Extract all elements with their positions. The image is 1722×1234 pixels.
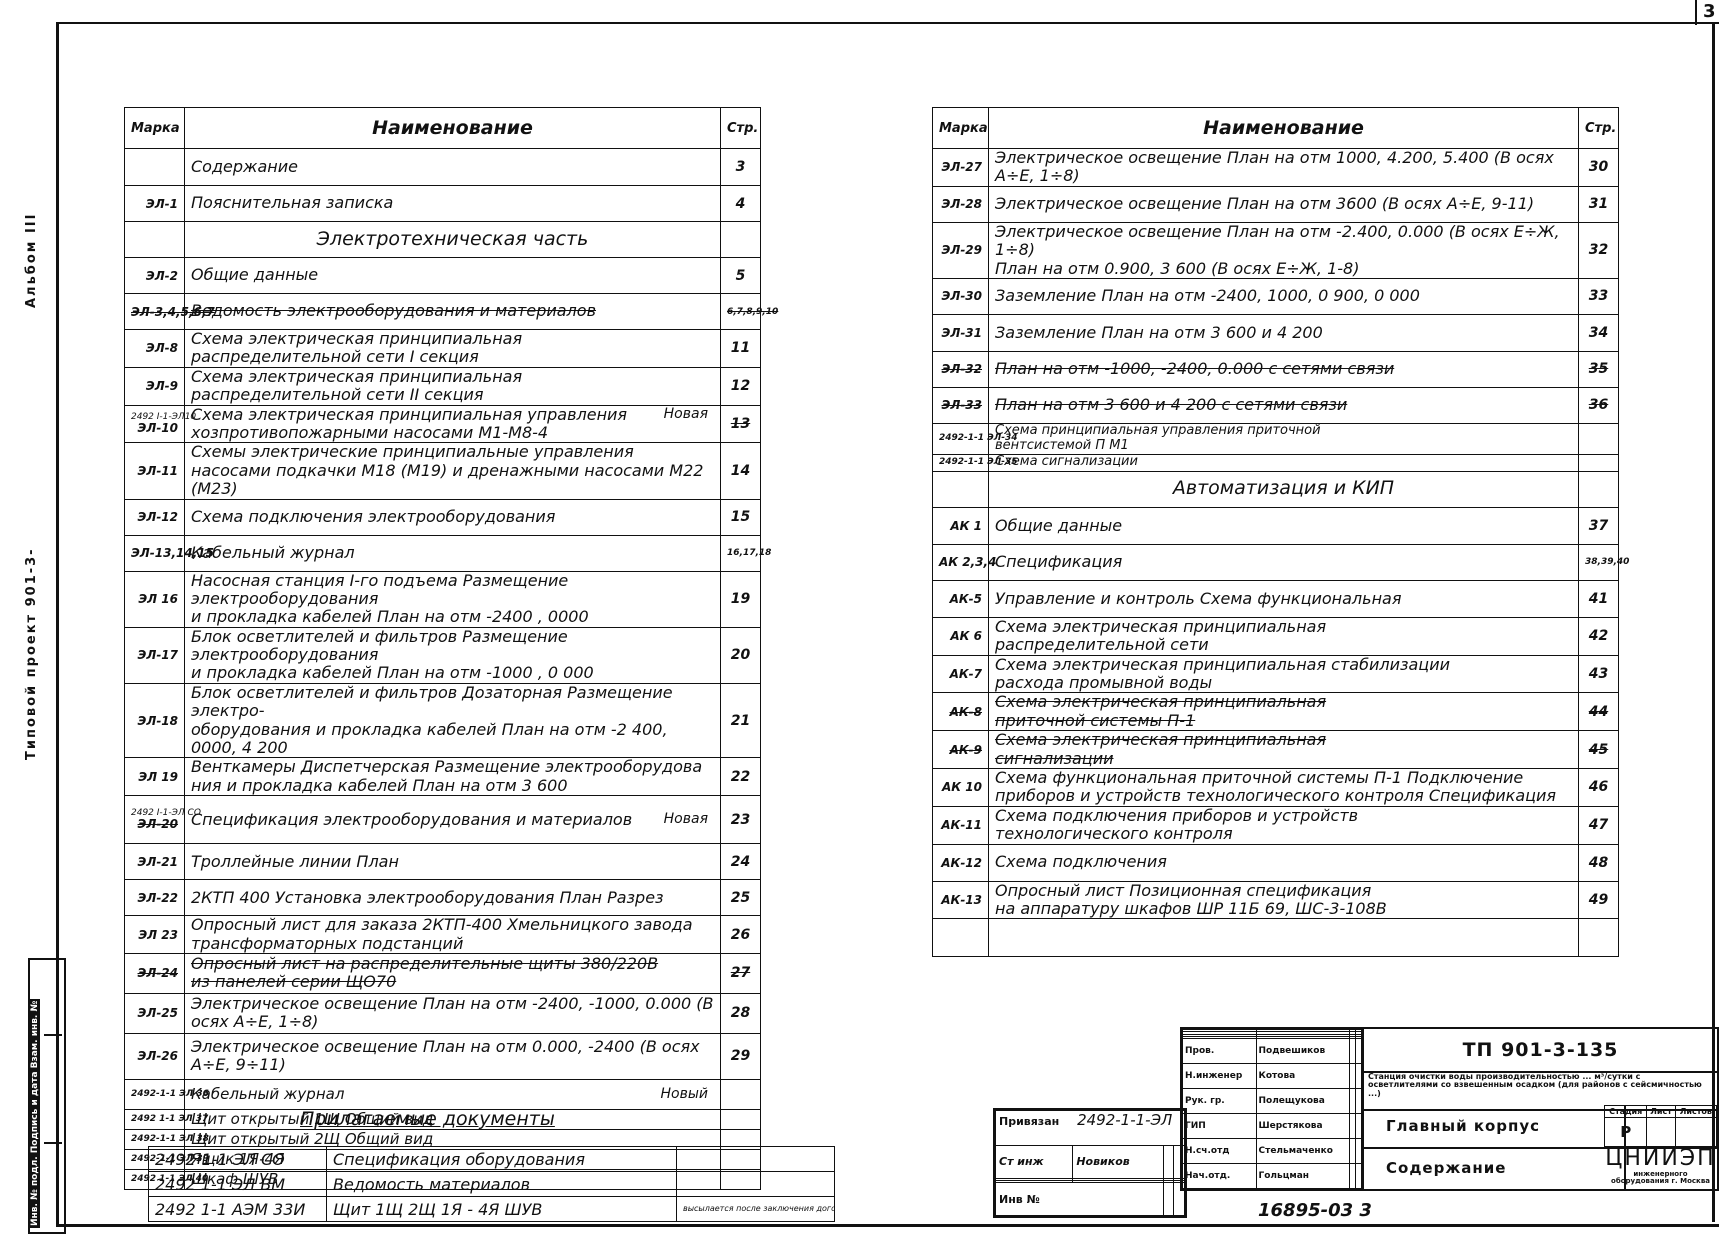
- staff-date: [1356, 1163, 1362, 1188]
- row-page: 14: [721, 443, 761, 499]
- row-name-text: План на отм 3 600 и 4 200 с сетями связи: [995, 395, 1347, 414]
- title-block-main: ТП 901-3-135 Станция очистки воды произв…: [1362, 1029, 1717, 1189]
- row-name: Троллейные линии План: [185, 844, 721, 880]
- binding-label: Привязан: [999, 1115, 1059, 1128]
- table-row: ЭЛ-33План на отм 3 600 и 4 200 с сетями …: [933, 387, 1619, 423]
- row-page-text: 43: [1589, 666, 1608, 682]
- row-mark: АК 6: [933, 617, 989, 655]
- row-name: Схемы электрические принципиальные управ…: [185, 443, 721, 499]
- row-name-text: Автоматизация и КИП: [1173, 477, 1394, 499]
- row-mark: ЭЛ-22: [125, 880, 185, 916]
- row-mark: ЭЛ 16: [125, 571, 185, 627]
- spine-divider: [44, 1034, 62, 1036]
- row-name: Схема электрическая принципиальная распр…: [185, 367, 721, 405]
- row-name: Схема электрическая принципиальная стаби…: [989, 655, 1579, 693]
- row-mark: [933, 471, 989, 507]
- table-header-row: Марка Наименование Стр.: [125, 108, 761, 149]
- table-row: АК-8Схема электрическая принципиальная п…: [933, 693, 1619, 731]
- row-mark: 2492-1-1 ЭЛ 36: [125, 1079, 185, 1109]
- row-mark-text: ЭЛ-27: [942, 160, 982, 174]
- staff-row: Нач.отд.Гольцман: [1183, 1163, 1362, 1188]
- row-name: Блок осветлителей и фильтров Дозаторная …: [185, 683, 721, 758]
- row-mark-text: ЭЛ-8: [146, 341, 178, 355]
- table-row: АК-11Схема подключения приборов и устрой…: [933, 806, 1619, 844]
- row-name-text: Схемы электрические принципиальные управ…: [191, 443, 703, 498]
- row-mark: АК-11: [933, 806, 989, 844]
- row-mark: ЭЛ-29: [933, 222, 989, 278]
- row-mark-text: ЭЛ-24: [138, 966, 178, 980]
- row-mark-text: ЭЛ-9: [146, 379, 178, 393]
- row-page: 31: [1579, 186, 1619, 222]
- table-row: ЭЛ 23Опросный лист для заказа 2КТП-400 Х…: [125, 916, 761, 954]
- staff-role: ГИП: [1183, 1114, 1257, 1139]
- staff-date: [1356, 1114, 1362, 1139]
- row-mark-text: ЭЛ-1: [146, 197, 178, 211]
- row-name: Схема подключения: [989, 844, 1579, 881]
- row-mark: АК 10: [933, 768, 989, 806]
- spine-stamp-label: Инв. № подл. Подпись и дата Взам. инв. №: [30, 999, 40, 1228]
- row-page: [721, 1079, 761, 1109]
- row-page: 5: [721, 258, 761, 294]
- staff-name: Подвешиков: [1256, 1039, 1350, 1064]
- copy-number: 16895-03 3: [1258, 1200, 1372, 1221]
- row-page: 6,7,8,9,10: [721, 294, 761, 330]
- row-mark: ЭЛ-8: [125, 330, 185, 368]
- row-name: Заземление План на отм -2400, 1000, 0 90…: [989, 278, 1579, 314]
- row-name: Электрическое освещение План на отм -240…: [185, 993, 721, 1033]
- staff-columns: Пров.ПодвешиковН.инженерКотоваРук. гр.По…: [1182, 1029, 1362, 1189]
- staff-role: Рук. гр.: [1183, 1089, 1257, 1114]
- row-page-text: 23: [731, 812, 750, 828]
- staff-row: ГИПШерстякова: [1183, 1114, 1362, 1139]
- row-name-text: 2КТП 400 Установка электрооборудования П…: [191, 888, 664, 907]
- row-mark: ЭЛ-11: [125, 443, 185, 499]
- row-page-text: 46: [1589, 779, 1608, 795]
- row-name: Схема подключения приборов и устройств т…: [989, 806, 1579, 844]
- row-page: 24: [721, 844, 761, 880]
- row-mark: ЭЛ-31: [933, 314, 989, 351]
- row-mark: АК-9: [933, 731, 989, 769]
- row-mark-text: ЭЛ-29: [942, 243, 982, 257]
- row-mark: [125, 222, 185, 258]
- staff-date: [1356, 1089, 1362, 1114]
- attached-doc-row: 2492 1-1 ЭЛ ВМВедомость материалов: [149, 1172, 835, 1197]
- row-mark-text: АК 10: [942, 780, 982, 794]
- row-page-text: 3: [736, 159, 746, 175]
- row-page-text: 34: [1589, 325, 1608, 341]
- attached-doc-note: [677, 1147, 835, 1172]
- row-mark-text: АК-11: [941, 818, 982, 832]
- row-name-text: Схема принципиальная управления приточно…: [995, 423, 1321, 452]
- row-name-text: Спецификация электрооборудования и матер…: [191, 810, 632, 829]
- row-mark: АК-7: [933, 655, 989, 693]
- row-page-text: 29: [731, 1048, 750, 1064]
- row-name-text: Схема подключения приборов и устройств т…: [995, 806, 1358, 843]
- row-mark-text: ЭЛ-12: [138, 510, 178, 524]
- table-row: ЭЛ-26Электрическое освещение План на отм…: [125, 1033, 761, 1079]
- row-name: НовыйКабельный журнал: [185, 1079, 721, 1109]
- row-name-text: Кабельный журнал: [191, 543, 355, 562]
- row-name-text: Схема электрическая принципиальная сигна…: [995, 731, 1326, 768]
- row-name: Схема электрическая принципиальная сигна…: [989, 731, 1579, 769]
- row-page-text: 5: [736, 268, 746, 284]
- new-note: Новая: [664, 406, 708, 422]
- row-page-text: 20: [731, 647, 750, 663]
- row-mark: ЭЛ-33: [933, 387, 989, 423]
- row-name: НоваяСхема электрическая принципиальная …: [185, 405, 721, 443]
- binding-code: 2492-1-1-ЭЛ: [1077, 1111, 1172, 1129]
- row-page: 13: [721, 405, 761, 443]
- org-name: ЦНИИЭП: [1604, 1147, 1717, 1171]
- row-mark-text: АК-13: [941, 893, 982, 907]
- row-name-text: Опросный лист Позиционная спецификация н…: [995, 881, 1387, 918]
- row-mark: АК-5: [933, 580, 989, 617]
- header-name: Наименование: [185, 108, 721, 149]
- row-name: Блок осветлителей и фильтров Размещение …: [185, 627, 721, 683]
- row-name-text: Управление и контроль Схема функциональн…: [995, 589, 1401, 608]
- table-row: ЭЛ-222КТП 400 Установка электрооборудова…: [125, 880, 761, 916]
- attached-doc-row: 2492 1-1 АЭМ 33ИЩит 1Щ 2Щ 1Я - 4Я ШУВвыс…: [149, 1197, 835, 1222]
- row-page: 11: [721, 330, 761, 368]
- table-row: ЭЛ-17Блок осветлителей и фильтров Размещ…: [125, 627, 761, 683]
- row-mark-text: АК 2,3,4: [939, 555, 996, 569]
- row-name: [989, 919, 1579, 957]
- row-mark-text: АК 6: [950, 629, 982, 643]
- row-page: 25: [721, 880, 761, 916]
- row-name: Схема электрическая принципиальная распр…: [185, 330, 721, 368]
- row-mark-text: ЭЛ 16: [138, 592, 178, 606]
- header-page: Стр.: [721, 108, 761, 149]
- attached-doc-name: Спецификация оборудования: [327, 1147, 677, 1172]
- row-page-text: 22: [731, 769, 750, 785]
- row-page: 47: [1579, 806, 1619, 844]
- table-row: ЭЛ-3,4,5,6,7Ведомость электрооборудовани…: [125, 294, 761, 330]
- row-name-text: Схема подключения: [995, 852, 1167, 871]
- row-name-text: Схема сигнализации: [995, 454, 1138, 469]
- row-name: Схема электрическая принципиальная распр…: [989, 617, 1579, 655]
- row-mark-text: ЭЛ-28: [942, 197, 982, 211]
- spine-album-label: Альбом III: [24, 213, 39, 308]
- row-name: Электрическое освещение План на отм 1000…: [989, 149, 1579, 187]
- stage-header: Стадия: [1605, 1106, 1647, 1118]
- attached-doc-code: 2492 1-1 АЭМ 33И: [149, 1197, 327, 1222]
- header-mark: Марка: [933, 108, 989, 149]
- table-row: ЭЛ-8Схема электрическая принципиальная р…: [125, 330, 761, 368]
- row-name-text: Ведомость электрооборудования и материал…: [191, 301, 596, 320]
- row-name-text: Общие данные: [995, 516, 1122, 535]
- row-mark: ЭЛ-25: [125, 993, 185, 1033]
- row-name-text: Электрическое освещение План на отм 1000…: [995, 149, 1554, 186]
- attached-doc-note: высылается после заключения договора: [677, 1197, 835, 1222]
- row-page-text: 32: [1589, 242, 1608, 258]
- row-page: 21: [721, 683, 761, 758]
- project-code: ТП 901-3-135: [1364, 1029, 1717, 1073]
- staff-name: Котова: [1256, 1064, 1350, 1089]
- row-page-text: 16,17,18: [727, 548, 771, 558]
- row-page: 28: [721, 993, 761, 1033]
- row-page-text: 49: [1589, 892, 1608, 908]
- row-name-text: Схема подключения электрооборудования: [191, 507, 555, 526]
- row-mark-text: АК-7: [950, 667, 982, 681]
- row-name: Насосная станция I-го подъема Размещение…: [185, 571, 721, 627]
- attached-doc-name: Ведомость материалов: [327, 1172, 677, 1197]
- row-page: [1579, 423, 1619, 454]
- row-name: План на отм -1000, -2400, 0.000 с сетями…: [989, 351, 1579, 387]
- header-name: Наименование: [989, 108, 1579, 149]
- staff-name: Шерстякова: [1256, 1114, 1350, 1139]
- row-page: 30: [1579, 149, 1619, 187]
- staff-role: Пров.: [1183, 1039, 1257, 1064]
- row-mark-text: ЭЛ-17: [138, 648, 178, 662]
- row-name: Управление и контроль Схема функциональн…: [989, 580, 1579, 617]
- row-page: 26: [721, 916, 761, 954]
- row-page: 36: [1579, 387, 1619, 423]
- row-page-text: 33: [1589, 288, 1608, 304]
- row-page: [721, 1109, 761, 1129]
- row-mark-text: ЭЛ-32: [942, 362, 982, 376]
- row-mark: ЭЛ-18: [125, 683, 185, 758]
- row-mark-text: АК-5: [950, 592, 982, 606]
- binding-signature: [1163, 1146, 1173, 1179]
- row-page: [721, 222, 761, 258]
- row-mark-text: АК 1: [950, 519, 982, 533]
- row-mark: АК 2,3,4: [933, 544, 989, 580]
- row-mark: ЭЛ-21: [125, 844, 185, 880]
- row-page: 29: [721, 1033, 761, 1079]
- binding-stamp: Привязан 2492-1-1-ЭЛ Ст инж Новиков Инв …: [993, 1108, 1187, 1218]
- staff-name: Гольцман: [1256, 1163, 1350, 1188]
- row-page: 4: [721, 186, 761, 222]
- row-name: Содержание: [185, 149, 721, 186]
- row-page-text: 27: [731, 965, 750, 981]
- row-mark: АК-13: [933, 881, 989, 919]
- table-row: ЭЛ-21Троллейные линии План24: [125, 844, 761, 880]
- title-block: Пров.ПодвешиковН.инженерКотоваРук. гр.По…: [1180, 1027, 1719, 1191]
- row-page: 43: [1579, 655, 1619, 693]
- row-name: Электрическое освещение План на отм -2.4…: [989, 222, 1579, 278]
- row-name: Общие данные: [185, 258, 721, 294]
- header-mark: Марка: [125, 108, 185, 149]
- staff-role: Н.инженер: [1183, 1064, 1257, 1089]
- row-name: Электрическое освещение План на отм 0.00…: [185, 1033, 721, 1079]
- table-row: 2492-1-1 ЭЛ-35Схема сигнализации: [933, 454, 1619, 471]
- row-mark-text: ЭЛ-18: [138, 714, 178, 728]
- sheets-value: [1675, 1118, 1716, 1147]
- row-name: Опросный лист на распределительные щиты …: [185, 953, 721, 993]
- attached-doc-code: 2492 1-1 ЭЛ ВМ: [149, 1172, 327, 1197]
- row-mark: 2492-1-1 ЭЛ-35: [933, 454, 989, 471]
- row-name-text: Опросный лист на распределительные щиты …: [191, 954, 658, 991]
- corner-sheet-number: 3: [1703, 1, 1716, 22]
- row-name-text: Схема электрическая принципиальная прито…: [995, 693, 1326, 730]
- row-mark-text: ЭЛ 23: [138, 928, 178, 942]
- table-row: [933, 919, 1619, 957]
- row-page-text: 35: [1589, 361, 1608, 377]
- row-name-text: Троллейные линии План: [191, 852, 399, 871]
- row-mark: ЭЛ-13,14,15: [125, 535, 185, 571]
- table-row: ЭЛ-28Электрическое освещение План на отм…: [933, 186, 1619, 222]
- staff-name: Стельмаченко: [1256, 1139, 1350, 1164]
- row-page-text: 4: [736, 196, 746, 212]
- staff-row: Пров.Подвешиков: [1183, 1039, 1362, 1064]
- table-row: ЭЛ 19Венткамеры Диспетчерская Размещение…: [125, 758, 761, 796]
- row-mark: ЭЛ-3,4,5,6,7: [125, 294, 185, 330]
- table-row: ЭЛ-32План на отм -1000, -2400, 0.000 с с…: [933, 351, 1619, 387]
- left-contents-table: Марка Наименование Стр. Содержание3ЭЛ-1П…: [124, 107, 761, 1190]
- sheet-value: [1647, 1118, 1675, 1147]
- row-name: Венткамеры Диспетчерская Размещение элек…: [185, 758, 721, 796]
- row-page: 42: [1579, 617, 1619, 655]
- row-mark: 2492 I-1-ЭЛ10ЭЛ-10: [125, 405, 185, 443]
- row-mark: ЭЛ-24: [125, 953, 185, 993]
- row-mark-text: ЭЛ-30: [942, 289, 982, 303]
- row-name-text: Схема функциональная приточной системы П…: [995, 768, 1556, 805]
- row-name-text: Схема электрическая принципиальная распр…: [191, 367, 522, 404]
- table-row: 2492 I-1-ЭЛ10ЭЛ-10НоваяСхема электрическ…: [125, 405, 761, 443]
- row-mark: ЭЛ-26: [125, 1033, 185, 1079]
- row-page-text: 48: [1589, 855, 1608, 871]
- row-page: 16,17,18: [721, 535, 761, 571]
- table-row: АК-12Схема подключения48: [933, 844, 1619, 881]
- row-page-text: 15: [731, 509, 750, 525]
- row-name-text: Кабельный журнал: [191, 1085, 344, 1103]
- row-name: План на отм 3 600 и 4 200 с сетями связи: [989, 387, 1579, 423]
- row-page: [1579, 919, 1619, 957]
- row-page-text: 30: [1589, 159, 1608, 175]
- row-page: 37: [1579, 507, 1619, 544]
- staff-date: [1356, 1039, 1362, 1064]
- row-name: Опросный лист для заказа 2КТП-400 Хмельн…: [185, 916, 721, 954]
- row-name: Электрическое освещение План на отм 3600…: [989, 186, 1579, 222]
- staff-row: Н.инженерКотова: [1183, 1064, 1362, 1089]
- staff-row: Н.сч.отдСтельмаченко: [1183, 1139, 1362, 1164]
- row-name: НоваяСпецификация электрооборудования и …: [185, 796, 721, 844]
- row-page-text: 31: [1589, 196, 1608, 212]
- staff-role: Н.сч.отд: [1183, 1139, 1257, 1164]
- row-name: Спецификация: [989, 544, 1579, 580]
- section-row: Электротехническая часть: [125, 222, 761, 258]
- row-name-text: Заземление План на отм 3 600 и 4 200: [995, 323, 1323, 342]
- row-mark-text: ЭЛ-20: [138, 817, 178, 831]
- table-row: АК-13Опросный лист Позиционная специфика…: [933, 881, 1619, 919]
- sheet-header: Лист: [1647, 1106, 1675, 1118]
- table-row: ЭЛ-30Заземление План на отм -2400, 1000,…: [933, 278, 1619, 314]
- row-mark: 2492-1-1 ЭЛ-34: [933, 423, 989, 454]
- row-page-text: 44: [1589, 704, 1608, 720]
- row-name: Общие данные: [989, 507, 1579, 544]
- row-name-text: Заземление План на отм -2400, 1000, 0 90…: [995, 286, 1420, 305]
- spine-divider: [44, 1142, 62, 1144]
- row-name-text: Венткамеры Диспетчерская Размещение элек…: [191, 758, 702, 795]
- table-row: ЭЛ-29Электрическое освещение План на отм…: [933, 222, 1619, 278]
- row-name-text: Электрическое освещение План на отм -2.4…: [995, 222, 1560, 277]
- row-page-text: 28: [731, 1005, 750, 1021]
- row-page-text: 47: [1589, 817, 1608, 833]
- row-mark: ЭЛ-32: [933, 351, 989, 387]
- row-name-text: План на отм -1000, -2400, 0.000 с сетями…: [995, 359, 1394, 378]
- sheets-header: Листов: [1675, 1106, 1716, 1118]
- row-name: Опросный лист Позиционная спецификация н…: [989, 881, 1579, 919]
- row-name: Схема подключения электрооборудования: [185, 499, 721, 535]
- row-page: 34: [1579, 314, 1619, 351]
- row-name-text: Электрическое освещение План на отм 0.00…: [191, 1037, 700, 1074]
- row-mark: ЭЛ 19: [125, 758, 185, 796]
- row-mark-text: ЭЛ-21: [138, 855, 178, 869]
- table-row: АК-9Схема электрическая принципиальная с…: [933, 731, 1619, 769]
- row-page: 22: [721, 758, 761, 796]
- table-row: Содержание3: [125, 149, 761, 186]
- table-row: 2492-1-1 ЭЛ 36НовыйКабельный журнал: [125, 1079, 761, 1109]
- table-row: ЭЛ-18Блок осветлителей и фильтров Дозато…: [125, 683, 761, 758]
- attached-doc-row: 2492-1-1 ЭЛ СОСпецификация оборудования: [149, 1147, 835, 1172]
- row-name-text: Электрическое освещение План на отм -240…: [191, 994, 713, 1031]
- row-name-text: Опросный лист для заказа 2КТП-400 Хмельн…: [191, 916, 693, 953]
- stage-value: Р: [1605, 1118, 1647, 1147]
- row-page-text: 19: [731, 591, 750, 607]
- row-page: 23: [721, 796, 761, 844]
- row-mark-text: ЭЛ-10: [138, 421, 178, 435]
- spine-project-label: Типовой проект 901-3-: [24, 547, 39, 760]
- row-page: 46: [1579, 768, 1619, 806]
- row-mark-text: ЭЛ-33: [942, 398, 982, 412]
- row-name: Автоматизация и КИП: [989, 471, 1579, 507]
- row-page: 32: [1579, 222, 1619, 278]
- new-note: Новая: [664, 811, 708, 827]
- row-mark: [933, 919, 989, 957]
- staff-name: Полещукова: [1256, 1089, 1350, 1114]
- table-row: ЭЛ-2Общие данные5: [125, 258, 761, 294]
- row-mark-text: ЭЛ-25: [138, 1006, 178, 1020]
- row-page: [1579, 454, 1619, 471]
- row-mark: АК 1: [933, 507, 989, 544]
- row-mark: АК-12: [933, 844, 989, 881]
- attached-doc-name: Щит 1Щ 2Щ 1Я - 4Я ШУВ: [327, 1197, 677, 1222]
- row-name: Пояснительная записка: [185, 186, 721, 222]
- row-name: Ведомость электрооборудования и материал…: [185, 294, 721, 330]
- row-mark-text: ЭЛ-2: [146, 269, 178, 283]
- row-name: Кабельный журнал: [185, 535, 721, 571]
- row-page: 15: [721, 499, 761, 535]
- attached-doc-note: [677, 1172, 835, 1197]
- row-name-text: Пояснительная записка: [191, 193, 393, 212]
- row-page-text: 25: [731, 890, 750, 906]
- row-page: 33: [1579, 278, 1619, 314]
- right-contents-table: Марка Наименование Стр. ЭЛ-27Электрическ…: [932, 107, 1619, 957]
- staff-date: [1356, 1064, 1362, 1089]
- row-mark: ЭЛ 23: [125, 916, 185, 954]
- table-row: АК 1Общие данные37: [933, 507, 1619, 544]
- new-note: Новый: [661, 1086, 709, 1102]
- row-mark: ЭЛ-17: [125, 627, 185, 683]
- row-mark: 2492 I-1-ЭЛ СОЭЛ-20: [125, 796, 185, 844]
- row-name-text: Схема электрическая принципиальная распр…: [191, 330, 522, 367]
- row-mark: АК-8: [933, 693, 989, 731]
- row-mark-text: ЭЛ-26: [138, 1049, 178, 1063]
- row-mark: ЭЛ-12: [125, 499, 185, 535]
- attached-docs-table: 2492-1-1 ЭЛ СОСпецификация оборудования2…: [148, 1146, 835, 1222]
- row-name-text: Схема электрическая принципиальная распр…: [995, 617, 1326, 654]
- row-page-text: 38,39,40: [1585, 557, 1629, 567]
- building-name: Главный корпус: [1364, 1105, 1626, 1149]
- row-name: Схема электрическая принципиальная прито…: [989, 693, 1579, 731]
- row-mark: ЭЛ-9: [125, 367, 185, 405]
- row-name-text: Блок осветлителей и фильтров Дозаторная …: [191, 683, 673, 757]
- row-mark-text: ЭЛ-22: [138, 891, 178, 905]
- table-row: АК 2,3,4Спецификация38,39,40: [933, 544, 1619, 580]
- row-page: 27: [721, 953, 761, 993]
- row-name-text: Схема электрическая принципиальная стаби…: [995, 655, 1450, 692]
- row-name: Электротехническая часть: [185, 222, 721, 258]
